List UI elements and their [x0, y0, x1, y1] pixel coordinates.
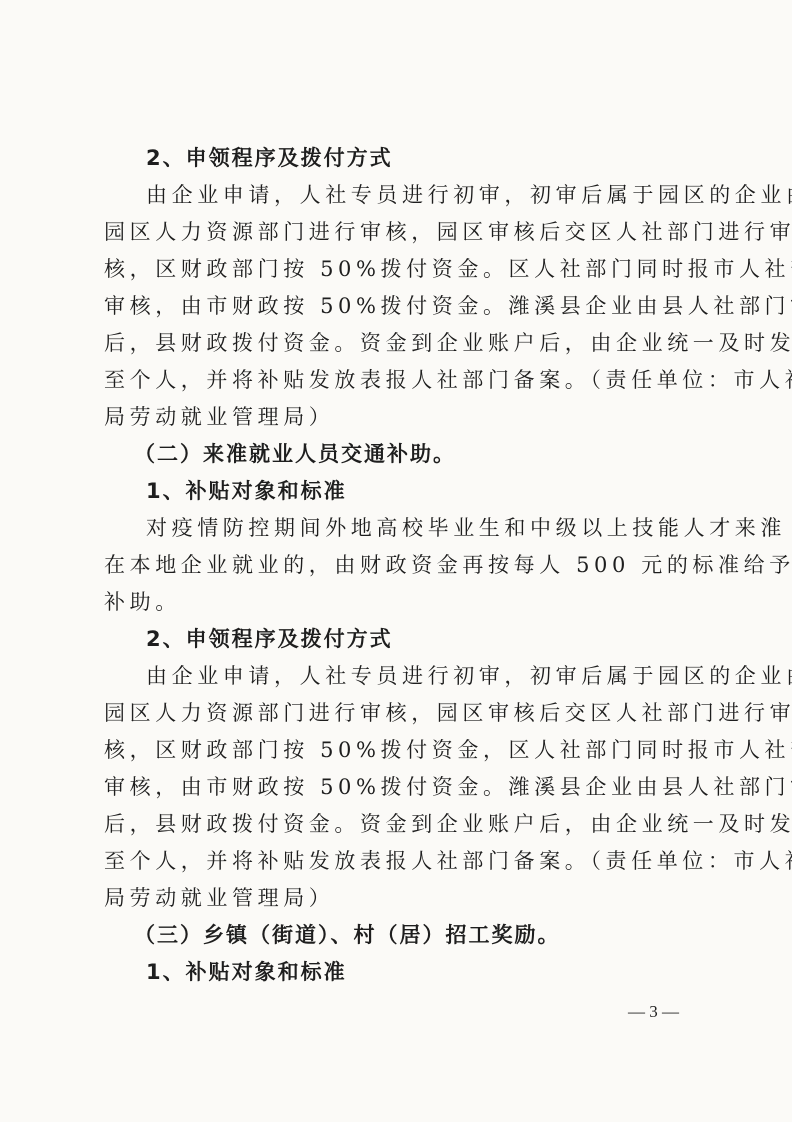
paragraph-line: 后，县财政拨付资金。资金到企业账户后，由企业统一及时发放	[104, 806, 696, 843]
page-number: — 3 —	[628, 1002, 679, 1022]
paragraph-line: 在本地企业就业的，由财政资金再按每人 500 元的标准给予交通	[104, 547, 696, 584]
section-heading-procedure-2: 2、申领程序及拨付方式	[104, 621, 696, 658]
paragraph-line: 至个人，并将补贴发放表报人社部门备案。（责任单位：市人社	[104, 362, 696, 399]
section-heading-transport-subsidy: （二）来准就业人员交通补助。	[104, 436, 696, 473]
paragraph-line: 至个人，并将补贴发放表报人社部门备案。（责任单位：市人社	[104, 843, 696, 880]
paragraph-line: 局劳动就业管理局）	[104, 399, 696, 436]
paragraph-line: 园区人力资源部门进行审核，园区审核后交区人社部门进行审	[104, 695, 696, 732]
paragraph-line: 由企业申请，人社专员进行初审，初审后属于园区的企业由	[104, 177, 696, 214]
paragraph-line: 审核，由市财政按 50%拨付资金。潍溪县企业由县人社部门审核	[104, 288, 696, 325]
paragraph-line: 园区人力资源部门进行审核，园区审核后交区人社部门进行审	[104, 214, 696, 251]
paragraph-line: 后，县财政拨付资金。资金到企业账户后，由企业统一及时发放	[104, 325, 696, 362]
section-heading-eligibility: 1、补贴对象和标准	[104, 473, 696, 510]
paragraph-line: 由企业申请，人社专员进行初审，初审后属于园区的企业由	[104, 658, 696, 695]
section-heading-recruitment-reward: （三）乡镇（街道）、村（居）招工奖励。	[104, 917, 696, 954]
paragraph-line: 对疫情防控期间外地高校毕业生和中级以上技能人才来淮	[104, 510, 696, 547]
section-heading-procedure: 2、申领程序及拨付方式	[104, 140, 696, 177]
paragraph-line: 补助。	[104, 584, 696, 621]
paragraph-line: 局劳动就业管理局）	[104, 880, 696, 917]
paragraph-line: 核，区财政部门按 50%拨付资金，区人社部门同时报市人社部门	[104, 732, 696, 769]
paragraph-line: 核，区财政部门按 50%拨付资金。区人社部门同时报市人社部门	[104, 251, 696, 288]
section-heading-eligibility-2: 1、补贴对象和标准	[104, 954, 696, 991]
paragraph-procedure-2: 由企业申请，人社专员进行初审，初审后属于园区的企业由 园区人力资源部门进行审核，…	[104, 658, 696, 917]
paragraph-procedure-1: 由企业申请，人社专员进行初审，初审后属于园区的企业由 园区人力资源部门进行审核，…	[104, 177, 696, 436]
paragraph-line: 审核，由市财政按 50%拨付资金。潍溪县企业由县人社部门审核	[104, 769, 696, 806]
paragraph-eligibility: 对疫情防控期间外地高校毕业生和中级以上技能人才来淮 在本地企业就业的，由财政资金…	[104, 510, 696, 621]
document-page: 2、申领程序及拨付方式 由企业申请，人社专员进行初审，初审后属于园区的企业由 园…	[104, 140, 696, 991]
